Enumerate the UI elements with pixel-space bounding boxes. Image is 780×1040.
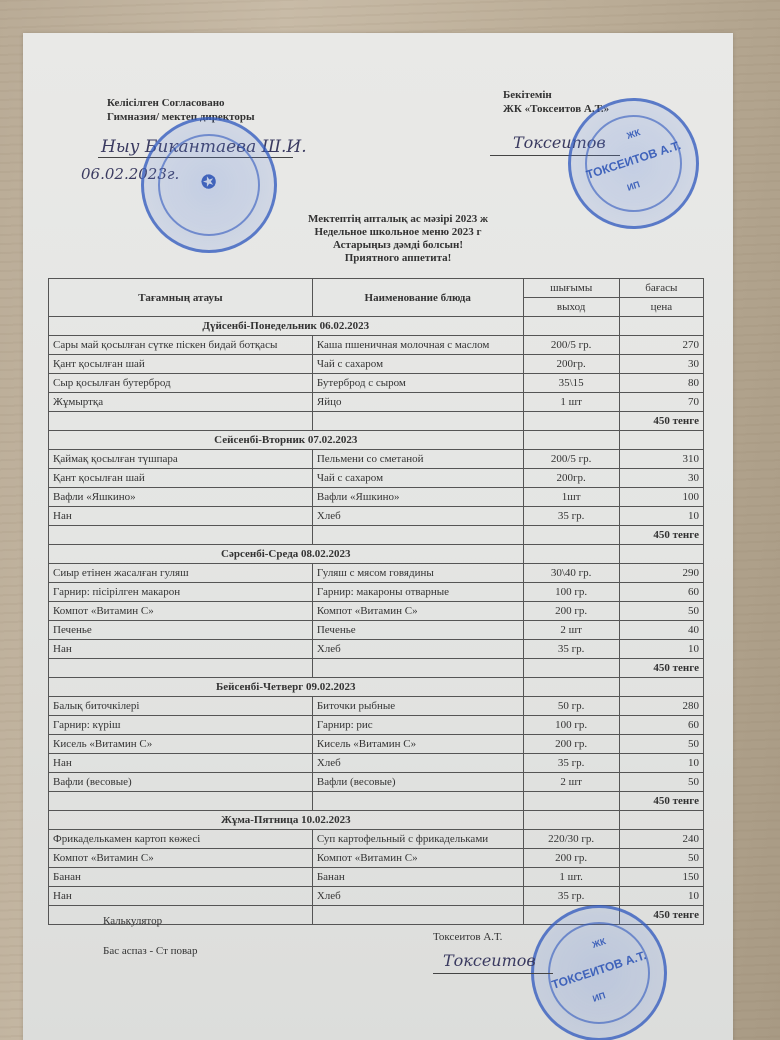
day-total-row: 450 тенге (49, 792, 704, 811)
header-yield-kz: шығымы (523, 279, 619, 298)
dish-yield: 35 гр. (523, 507, 619, 526)
dish-name-ru: Печенье (312, 621, 523, 640)
table-row: НанХлеб35 гр.10 (49, 507, 704, 526)
title-kz: Мектептің апталық ас мәзірі 2023 ж (243, 213, 553, 226)
dish-name-ru: Чай с сахаром (312, 355, 523, 374)
day-header-row: Сейсенбі-Вторник 07.02.2023 (49, 431, 704, 450)
wish-kz: Астарыңыз дәмді болсын! (243, 239, 553, 252)
empty-cell (619, 431, 703, 450)
approval-left-line1: Келісілген Согласовано (107, 96, 255, 110)
dish-name-ru: Хлеб (312, 640, 523, 659)
dish-name-kz: Компот «Витамин С» (49, 602, 313, 621)
wish-ru: Приятного аппетита! (243, 252, 553, 265)
dish-price: 10 (619, 754, 703, 773)
dish-name-kz: Вафли «Яшкино» (49, 488, 313, 507)
day-total-row: 450 тенге (49, 526, 704, 545)
dish-name-kz: Нан (49, 754, 313, 773)
dish-price: 100 (619, 488, 703, 507)
signer-name: Токсеитов А.Т. (433, 931, 502, 943)
dish-name-ru: Каша пшеничная молочная с маслом (312, 336, 523, 355)
empty-cell (312, 906, 523, 925)
empty-cell (619, 545, 703, 564)
dish-name-ru: Бутерброд с сыром (312, 374, 523, 393)
calculator-label: Калькулятор (103, 915, 162, 927)
footer-signature: Токсеитов (443, 951, 536, 970)
dish-price: 50 (619, 849, 703, 868)
approval-right-line1: Бекітемін (503, 88, 609, 102)
dish-price: 150 (619, 868, 703, 887)
dish-name-kz: Сары май қосылған сүтке піскен бидай бот… (49, 336, 313, 355)
empty-cell (49, 412, 313, 431)
footer-signature-line (433, 973, 553, 974)
dish-name-ru: Хлеб (312, 887, 523, 906)
dish-price: 60 (619, 583, 703, 602)
table-row: БананБанан1 шт.150 (49, 868, 704, 887)
dish-yield: 100 гр. (523, 583, 619, 602)
empty-cell (523, 526, 619, 545)
dish-price: 310 (619, 450, 703, 469)
empty-cell (619, 811, 703, 830)
dish-price: 80 (619, 374, 703, 393)
day-total: 450 тенге (619, 792, 703, 811)
day-title: Сейсенбі-Вторник 07.02.2023 (49, 431, 524, 450)
table-row: Фрикаделькамен картоп көжесіСуп картофел… (49, 830, 704, 849)
dish-name-kz: Сыр қосылған бутерброд (49, 374, 313, 393)
dish-price: 240 (619, 830, 703, 849)
dish-name-ru: Кисель «Витамин С» (312, 735, 523, 754)
dish-name-ru: Яйцо (312, 393, 523, 412)
dish-name-kz: Нан (49, 887, 313, 906)
dish-price: 290 (619, 564, 703, 583)
empty-cell (523, 811, 619, 830)
dish-yield: 2 шт (523, 621, 619, 640)
dish-yield: 220/30 гр. (523, 830, 619, 849)
dish-price: 280 (619, 697, 703, 716)
table-row: Қант қосылған шайЧай с сахаром200гр.30 (49, 469, 704, 488)
table-row: ЖұмыртқаЯйцо1 шт70 (49, 393, 704, 412)
day-header-row: Бейсенбі-Четверг 09.02.2023 (49, 678, 704, 697)
dish-name-ru: Вафли «Яшкино» (312, 488, 523, 507)
dish-price: 30 (619, 469, 703, 488)
dish-name-kz: Қант қосылған шай (49, 355, 313, 374)
dish-price: 10 (619, 887, 703, 906)
empty-cell (312, 659, 523, 678)
dish-price: 50 (619, 735, 703, 754)
dish-name-kz: Жұмыртқа (49, 393, 313, 412)
empty-cell (312, 792, 523, 811)
dish-name-kz: Фрикаделькамен картоп көжесі (49, 830, 313, 849)
dish-yield: 200гр. (523, 469, 619, 488)
dish-name-kz: Банан (49, 868, 313, 887)
table-row: Қант қосылған шайЧай с сахаром200гр.30 (49, 355, 704, 374)
dish-name-kz: Сиыр етінен жасалған гуляш (49, 564, 313, 583)
table-row: НанХлеб35 гр.10 (49, 640, 704, 659)
dish-yield: 35 гр. (523, 754, 619, 773)
empty-cell (619, 678, 703, 697)
dish-name-kz: Балық биточкілері (49, 697, 313, 716)
table-row: НанХлеб35 гр.10 (49, 887, 704, 906)
empty-cell (49, 526, 313, 545)
empty-cell (523, 545, 619, 564)
empty-cell (312, 526, 523, 545)
dish-yield: 50 гр. (523, 697, 619, 716)
table-row: Вафли «Яшкино»Вафли «Яшкино»1шт100 (49, 488, 704, 507)
dish-yield: 200 гр. (523, 849, 619, 868)
day-total-row: 450 тенге (49, 659, 704, 678)
dish-name-ru: Суп картофельный с фрикадельками (312, 830, 523, 849)
menu-table-body: Дүйсенбі-Понедельник 06.02.2023Сары май … (49, 317, 704, 925)
day-title: Жұма-Пятница 10.02.2023 (49, 811, 524, 830)
company-stamp-top: ЖК ТОКСЕИТОВ А.Т. ИП (568, 98, 699, 229)
table-row: Компот «Витамин С»Компот «Витамин С»200 … (49, 849, 704, 868)
day-total-row: 450 тенге (49, 412, 704, 431)
empty-cell (523, 792, 619, 811)
weekly-menu-table: Тағамның атауы Наименование блюда шығымы… (48, 278, 704, 925)
dish-name-kz: Гарнир: пісірілген макарон (49, 583, 313, 602)
dish-price: 50 (619, 602, 703, 621)
dish-name-kz: Гарнир: күріш (49, 716, 313, 735)
dish-name-kz: Нан (49, 640, 313, 659)
dish-price: 30 (619, 355, 703, 374)
table-row: Сиыр етінен жасалған гуляшГуляш с мясом … (49, 564, 704, 583)
header-price-kz: бағасы (619, 279, 703, 298)
dish-price: 270 (619, 336, 703, 355)
dish-price: 10 (619, 507, 703, 526)
dish-yield: 200гр. (523, 355, 619, 374)
dish-yield: 1 шт. (523, 868, 619, 887)
dish-name-ru: Хлеб (312, 507, 523, 526)
dish-name-kz: Печенье (49, 621, 313, 640)
dish-name-kz: Қант қосылған шай (49, 469, 313, 488)
dish-yield: 100 гр. (523, 716, 619, 735)
day-title: Сәрсенбі-Среда 08.02.2023 (49, 545, 524, 564)
dish-name-ru: Пельмени со сметаной (312, 450, 523, 469)
dish-name-ru: Чай с сахаром (312, 469, 523, 488)
dish-yield: 35 гр. (523, 640, 619, 659)
dish-name-kz: Нан (49, 507, 313, 526)
day-title: Дүйсенбі-Понедельник 06.02.2023 (49, 317, 524, 336)
dish-name-ru: Гарнир: рис (312, 716, 523, 735)
menu-document: Келісілген Согласовано Гимназия/ мектеп … (23, 33, 733, 1040)
chef-label: Бас аспаз - Ст повар (103, 945, 197, 957)
empty-cell (523, 412, 619, 431)
dish-name-ru: Биточки рыбные (312, 697, 523, 716)
table-row: Компот «Витамин С»Компот «Витамин С»200 … (49, 602, 704, 621)
table-row: Сыр қосылған бутербродБутерброд с сыром3… (49, 374, 704, 393)
dish-yield: 200/5 гр. (523, 336, 619, 355)
dish-yield: 1 шт (523, 393, 619, 412)
empty-cell (523, 659, 619, 678)
empty-cell (523, 431, 619, 450)
dish-name-kz: Кисель «Витамин С» (49, 735, 313, 754)
dish-yield: 35\15 (523, 374, 619, 393)
table-row: ПеченьеПеченье2 шт40 (49, 621, 704, 640)
dish-yield: 200 гр. (523, 735, 619, 754)
dish-yield: 2 шт (523, 773, 619, 792)
dish-price: 10 (619, 640, 703, 659)
dish-name-ru: Хлеб (312, 754, 523, 773)
dish-price: 40 (619, 621, 703, 640)
table-row: Балық биточкілеріБиточки рыбные50 гр.280 (49, 697, 704, 716)
dish-price: 70 (619, 393, 703, 412)
dish-yield: 200/5 гр. (523, 450, 619, 469)
dish-price: 60 (619, 716, 703, 735)
table-row: Кисель «Витамин С»Кисель «Витамин С»200 … (49, 735, 704, 754)
dish-yield: 1шт (523, 488, 619, 507)
empty-cell (619, 317, 703, 336)
approval-block-left: Келісілген Согласовано Гимназия/ мектеп … (107, 96, 255, 124)
header-yield-ru: выход (523, 298, 619, 317)
dish-name-kz: Вафли (весовые) (49, 773, 313, 792)
dish-price: 50 (619, 773, 703, 792)
day-title: Бейсенбі-Четверг 09.02.2023 (49, 678, 524, 697)
table-row: Вафли (весовые)Вафли (весовые)2 шт50 (49, 773, 704, 792)
day-total: 450 тенге (619, 526, 703, 545)
day-header-row: Жұма-Пятница 10.02.2023 (49, 811, 704, 830)
dish-name-ru: Компот «Витамин С» (312, 602, 523, 621)
dish-name-ru: Вафли (весовые) (312, 773, 523, 792)
menu-title-block: Мектептің апталық ас мәзірі 2023 ж Недел… (243, 213, 553, 265)
dish-name-ru: Компот «Витамин С» (312, 849, 523, 868)
title-ru: Недельное школьное меню 2023 г (243, 226, 553, 239)
dish-name-ru: Гуляш с мясом говядины (312, 564, 523, 583)
table-row: Қаймақ қосылған түшпараПельмени со смета… (49, 450, 704, 469)
empty-cell (523, 317, 619, 336)
empty-cell (49, 659, 313, 678)
day-total: 450 тенге (619, 659, 703, 678)
header-name-kz: Тағамның атауы (49, 279, 313, 317)
table-row: Гарнир: күрішГарнир: рис100 гр.60 (49, 716, 704, 735)
dish-name-ru: Банан (312, 868, 523, 887)
dish-name-kz: Компот «Витамин С» (49, 849, 313, 868)
table-row: Гарнир: пісірілген макаронГарнир: макаро… (49, 583, 704, 602)
dish-yield: 200 гр. (523, 602, 619, 621)
dish-name-ru: Гарнир: макароны отварные (312, 583, 523, 602)
empty-cell (523, 678, 619, 697)
dish-yield: 35 гр. (523, 887, 619, 906)
day-header-row: Сәрсенбі-Среда 08.02.2023 (49, 545, 704, 564)
header-price-ru: цена (619, 298, 703, 317)
day-header-row: Дүйсенбі-Понедельник 06.02.2023 (49, 317, 704, 336)
header-name-ru: Наименование блюда (312, 279, 523, 317)
table-row: НанХлеб35 гр.10 (49, 754, 704, 773)
dish-yield: 30\40 гр. (523, 564, 619, 583)
day-total: 450 тенге (619, 412, 703, 431)
dish-name-kz: Қаймақ қосылған түшпара (49, 450, 313, 469)
empty-cell (312, 412, 523, 431)
table-row: Сары май қосылған сүтке піскен бидай бот… (49, 336, 704, 355)
empty-cell (49, 792, 313, 811)
empty-cell (49, 906, 313, 925)
